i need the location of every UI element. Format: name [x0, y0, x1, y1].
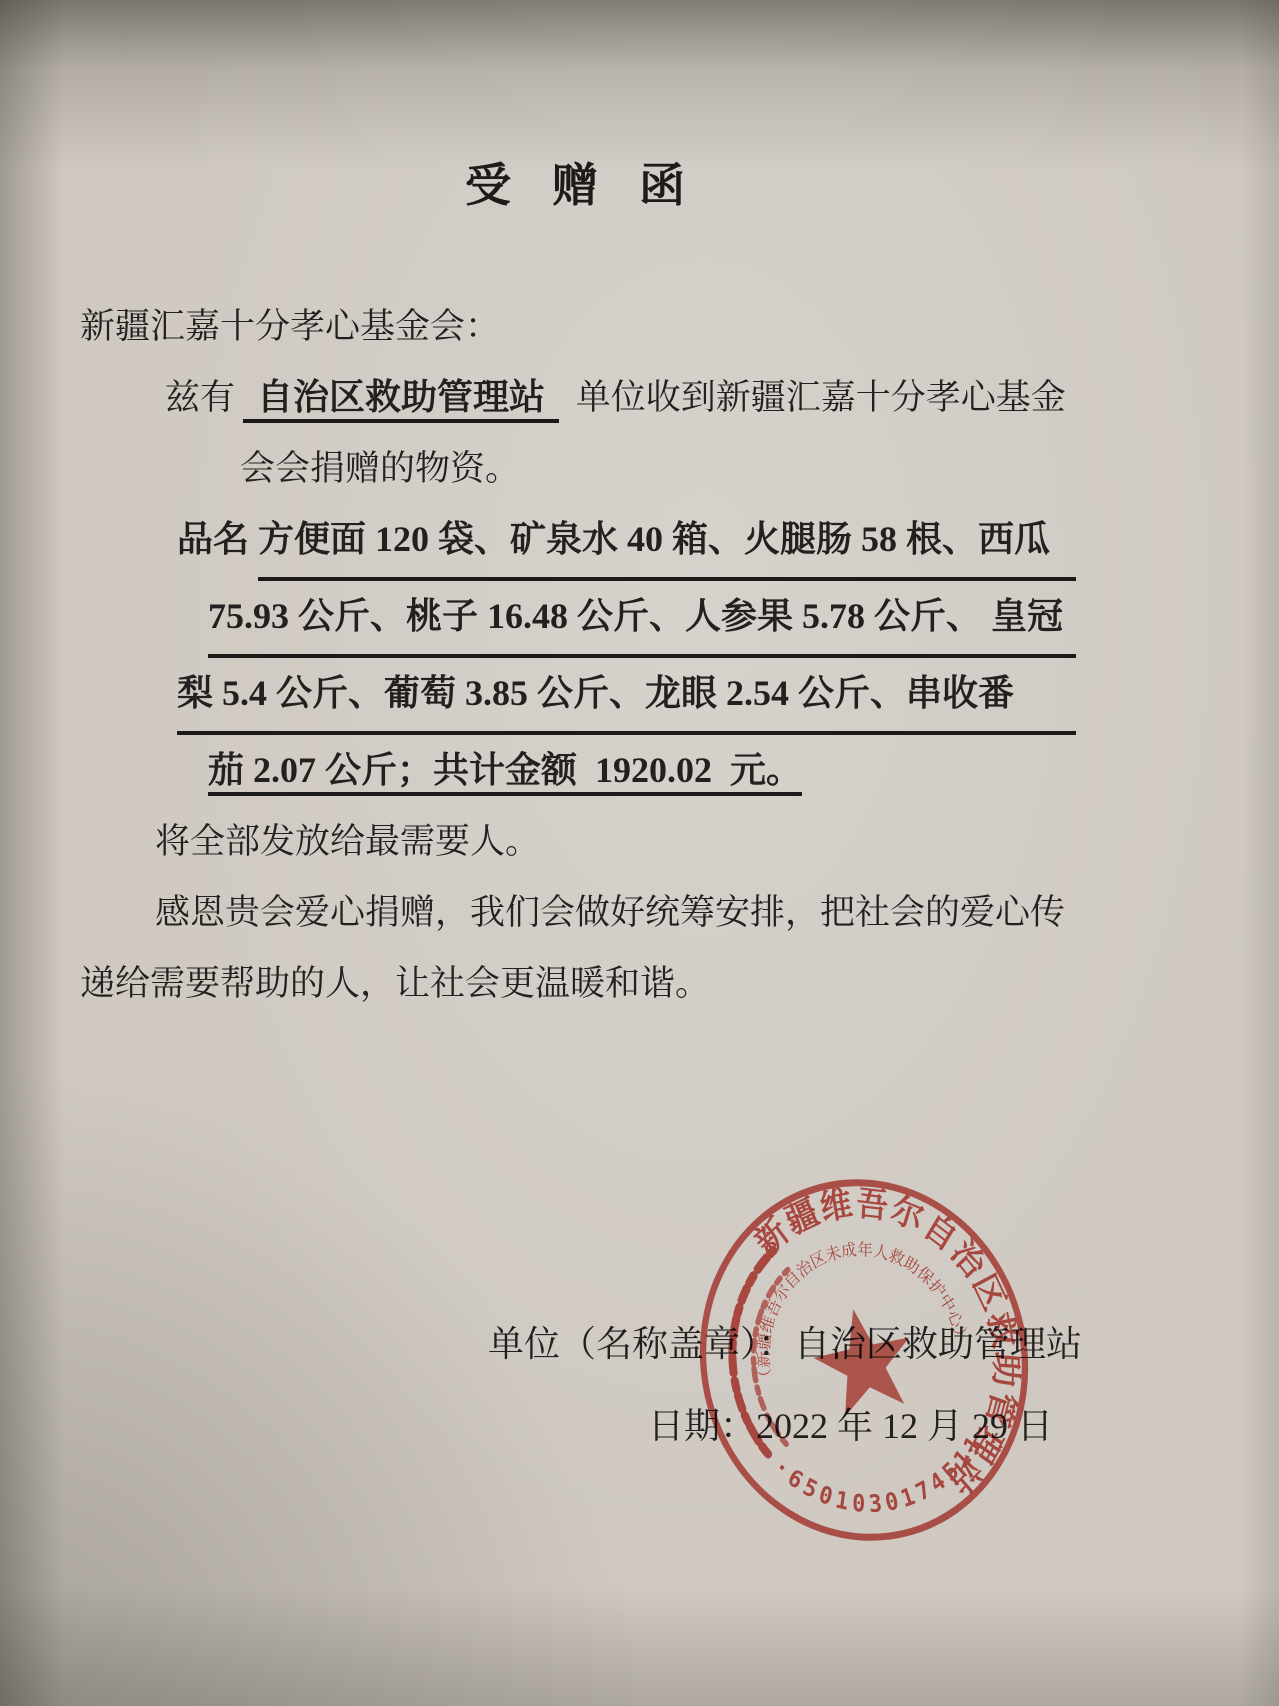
items-line-2: 75.93 公斤、桃子 16.48 公斤、人参果 5.78 公斤、 皇冠: [80, 581, 1076, 658]
recipient-unit-underlined: 自治区救助管理站: [243, 377, 559, 423]
distribution-line: 将全部发放给最需要人。: [80, 806, 1076, 877]
items-text-3: 梨 5.4 公斤、葡萄 3.85 公斤、龙眼 2.54 公斤、串收番: [177, 658, 1076, 735]
items-text-2: 75.93 公斤、桃子 16.48 公斤、人参果 5.78 公斤、 皇冠: [208, 581, 1076, 658]
intro-suffix: 单位收到新疆汇嘉十分孝心基金: [567, 378, 1066, 417]
salutation-line: 新疆汇嘉十分孝心基金会：: [80, 291, 1076, 362]
seal-star-icon: [805, 1299, 922, 1420]
letter-title: 受 赠 函: [80, 150, 1076, 221]
items-text-1: 方便面 120 袋、矿泉水 40 箱、火腿肠 58 根、西瓜: [258, 504, 1076, 581]
items-line-3: 梨 5.4 公斤、葡萄 3.85 公斤、龙眼 2.54 公斤、串收番: [80, 658, 1076, 735]
photographed-letter: { "document": { "title": "受 赠 函", "salut…: [0, 0, 1279, 1706]
thanks-line-1: 感恩贵会爱心捐赠，我们会做好统筹安排，把社会的爱心传: [80, 877, 1076, 948]
official-red-seal: 新疆维吾尔自治区救助管理站 （新疆维吾尔自治区未成年人救助保护中心） ·6501…: [646, 1127, 1081, 1593]
intro-line: 兹有自治区救助管理站 单位收到新疆汇嘉十分孝心基金: [80, 362, 1076, 433]
intro-continuation-line: 会会捐赠的物资。: [80, 433, 1076, 504]
items-label: 品名: [177, 504, 258, 575]
items-text-4: 茄 2.07 公斤；共计金额 1920.02 元。: [208, 750, 802, 796]
thanks-line-2: 递给需要帮助的人，让社会更温暖和谐。: [80, 948, 1076, 1019]
intro-prefix: 兹有: [165, 378, 235, 417]
letter-body: 受 赠 函 新疆汇嘉十分孝心基金会： 兹有自治区救助管理站 单位收到新疆汇嘉十分…: [80, 150, 1076, 1019]
items-line-1: 品名 方便面 120 袋、矿泉水 40 箱、火腿肠 58 根、西瓜: [80, 504, 1076, 581]
items-line-4: 茄 2.07 公斤；共计金额 1920.02 元。: [80, 735, 1076, 806]
